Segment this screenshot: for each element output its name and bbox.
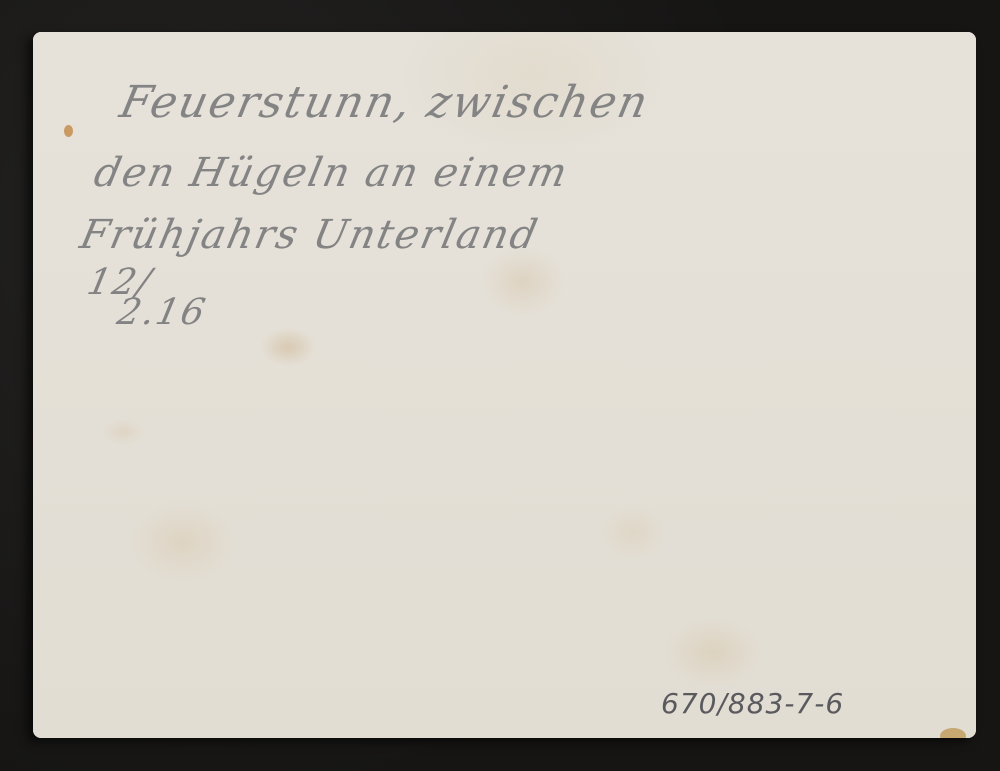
date-month-year: 2.16 (114, 292, 211, 333)
archive-number: 670/883-7-6 (661, 687, 844, 720)
caption-line-1: Feuerstunn, zwischen (116, 77, 655, 128)
caption-line-3: Frühjahrs Unterland (76, 212, 543, 258)
photo-card-back: Feuerstunn, zwischen den Hügeln an einem… (33, 32, 976, 738)
corner-stain (940, 728, 966, 738)
caption-line-2: den Hügeln an einem (90, 150, 573, 196)
stain-mark (64, 125, 73, 137)
